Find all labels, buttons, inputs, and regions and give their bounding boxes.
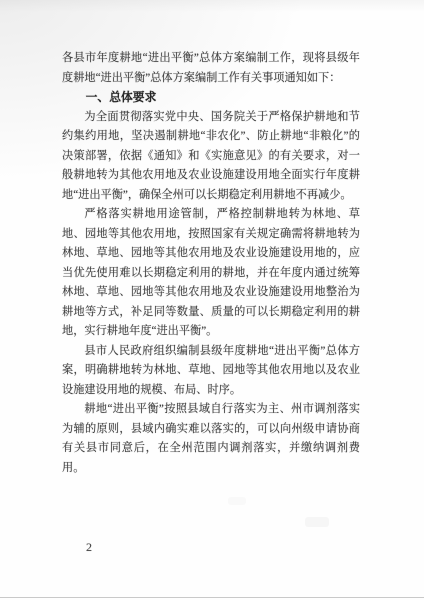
document-page: 各县市年度耕地“进出平衡”总体方案编制工作，现将县级年度耕地“进出平衡”总体方案… bbox=[0, 0, 424, 600]
scan-bottom-edge bbox=[0, 597, 424, 598]
paragraph-general-requirements: 为全面贯彻落实党中央、国务院关于严格保护耕地和节约集约用地，坚决遏制耕地“非农化… bbox=[62, 108, 360, 206]
page-number: 2 bbox=[86, 540, 92, 554]
intro-paragraph: 各县市年度耕地“进出平衡”总体方案编制工作，现将县级年度耕地“进出平衡”总体方案… bbox=[62, 49, 360, 88]
scan-smudge bbox=[305, 517, 329, 527]
paragraph-balance-principle: 耕地“进出平衡”按照县域自行落实为主、州市调剂落实为辅的原则，县域内确实难以落实… bbox=[62, 400, 360, 478]
paragraph-county-plan: 县市人民政府组织编制县级年度耕地“进出平衡”总体方案，明确耕地转为林地、草地、园… bbox=[62, 342, 360, 401]
scan-smudge bbox=[228, 497, 246, 505]
paragraph-land-use-control: 严格落实耕地用途管制，严格控制耕地转为林地、草地、园地等其他农用地，按照国家有关… bbox=[62, 205, 360, 342]
section-heading: 一、总体要求 bbox=[62, 88, 360, 108]
body-text: 各县市年度耕地“进出平衡”总体方案编制工作，现将县级年度耕地“进出平衡”总体方案… bbox=[62, 49, 360, 478]
